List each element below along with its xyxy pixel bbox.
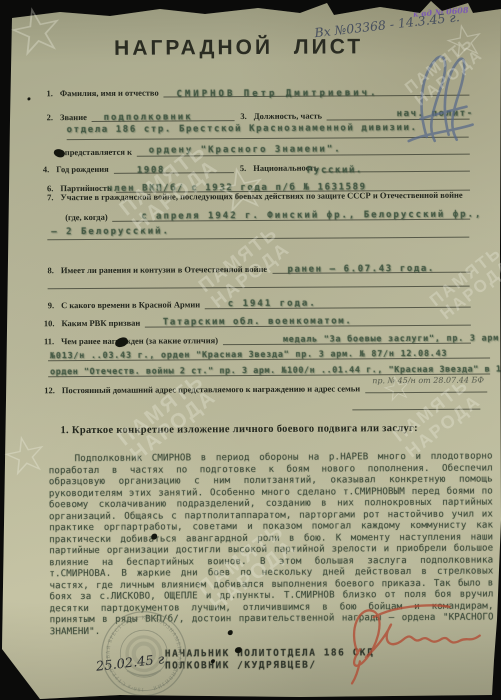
- scanned-award-sheet: НАГРАДНОЙ ЛИСТ 1. Фамилия, имя и отчеств…: [0, 0, 501, 700]
- value-army-since: с 1941 года.: [228, 299, 317, 310]
- form-line: [114, 160, 234, 174]
- form-line: [48, 285, 470, 290]
- field-number: 5.: [240, 163, 246, 173]
- field-label: Должность, часть: [254, 111, 325, 121]
- field-label: (где, когда): [65, 212, 111, 222]
- field-label: Чем ранее награжден (за какие отличия): [61, 335, 221, 346]
- red-pencil-signature: [329, 591, 490, 687]
- value-drafted-by: Татарским обл. военкоматом.: [163, 316, 353, 327]
- field-number: 3.: [240, 111, 246, 121]
- field-number: 2.: [47, 112, 53, 122]
- field-number: 1.: [46, 88, 52, 98]
- field-birth-row: 4. Год рождения 5. Национальность: [43, 159, 470, 175]
- field-label: Год рождения: [56, 164, 112, 174]
- field-number: 8.: [47, 265, 53, 275]
- value-fronts-line1: с апреля 1942 г. Финский фр., Белорусски…: [141, 210, 482, 222]
- field-number: 11.: [44, 336, 54, 346]
- form-line: [352, 408, 480, 411]
- paper-sheet: НАГРАДНОЙ ЛИСТ 1. Фамилия, имя и отчеств…: [0, 0, 501, 700]
- field-label: Имеет ли ранения и контузии в Отечествен…: [61, 264, 270, 275]
- blue-pencil-scribble: [396, 45, 477, 145]
- field-label: Каким РВК призван: [61, 318, 143, 328]
- value-full-name: СМИРНОВ Петр Дмитриевич.: [176, 88, 378, 99]
- value-birth-year: 1908: [137, 166, 165, 176]
- field-label: Участие в гражданской войне, последующих…: [60, 190, 462, 202]
- field-label: С какого времени в Красной Армии: [61, 299, 203, 310]
- field-war-participation: 7.Участие в гражданской войне, последующ…: [47, 190, 481, 204]
- field-number: 7.: [47, 192, 53, 202]
- unit-stamp: 186-я СТРЕЛКОВАЯ БРЕСТСКАЯ КРАСНОЗНАМЕНН…: [88, 606, 201, 700]
- svg-text:186-я СТРЕЛКОВАЯ БРЕСТСКАЯ КРА: 186-я СТРЕЛКОВАЯ БРЕСТСКАЯ КРАСНОЗНАМЕНН…: [105, 615, 182, 692]
- field-label: Звание: [60, 112, 90, 122]
- value-home-address-handwritten: пр. № 45/н от 28.07.44 БФ: [372, 376, 484, 386]
- value-recommended-award: ордену "Красного Знамени".: [149, 144, 342, 155]
- field-number: 12.: [44, 385, 55, 395]
- field-number: 9.: [48, 300, 54, 310]
- field-number: 10.: [44, 318, 55, 328]
- document-content: НАГРАДНОЙ ЛИСТ 1. Фамилия, имя и отчеств…: [0, 0, 501, 700]
- stamp-ring-text: 186-я СТРЕЛКОВАЯ БРЕСТСКАЯ КРАСНОЗНАМЕНН…: [105, 615, 182, 692]
- value-fronts-line2: — 2 Белорусский.: [51, 226, 170, 237]
- value-nationality: Русский.: [307, 165, 363, 175]
- value-prior-awards-1: медаль "За боевые заслуги", пр. 3 арм.: [283, 332, 501, 343]
- field-label: представляется к: [65, 147, 135, 157]
- field-number: 4.: [43, 164, 49, 174]
- value-wounds: ранен — 6.07.43 года.: [287, 264, 434, 275]
- value-position-part2: отдела 186 стр. Брестской Краснознаменно…: [67, 123, 418, 135]
- field-label: Постоянный домашний адрес представляемог…: [62, 383, 363, 395]
- field-label: Фамилия, имя и отчество: [60, 88, 162, 99]
- ink-blot: [27, 97, 30, 100]
- value-rank: подполковник: [104, 112, 193, 123]
- section-title: 1. Краткое конкретное изложение личного …: [60, 423, 417, 436]
